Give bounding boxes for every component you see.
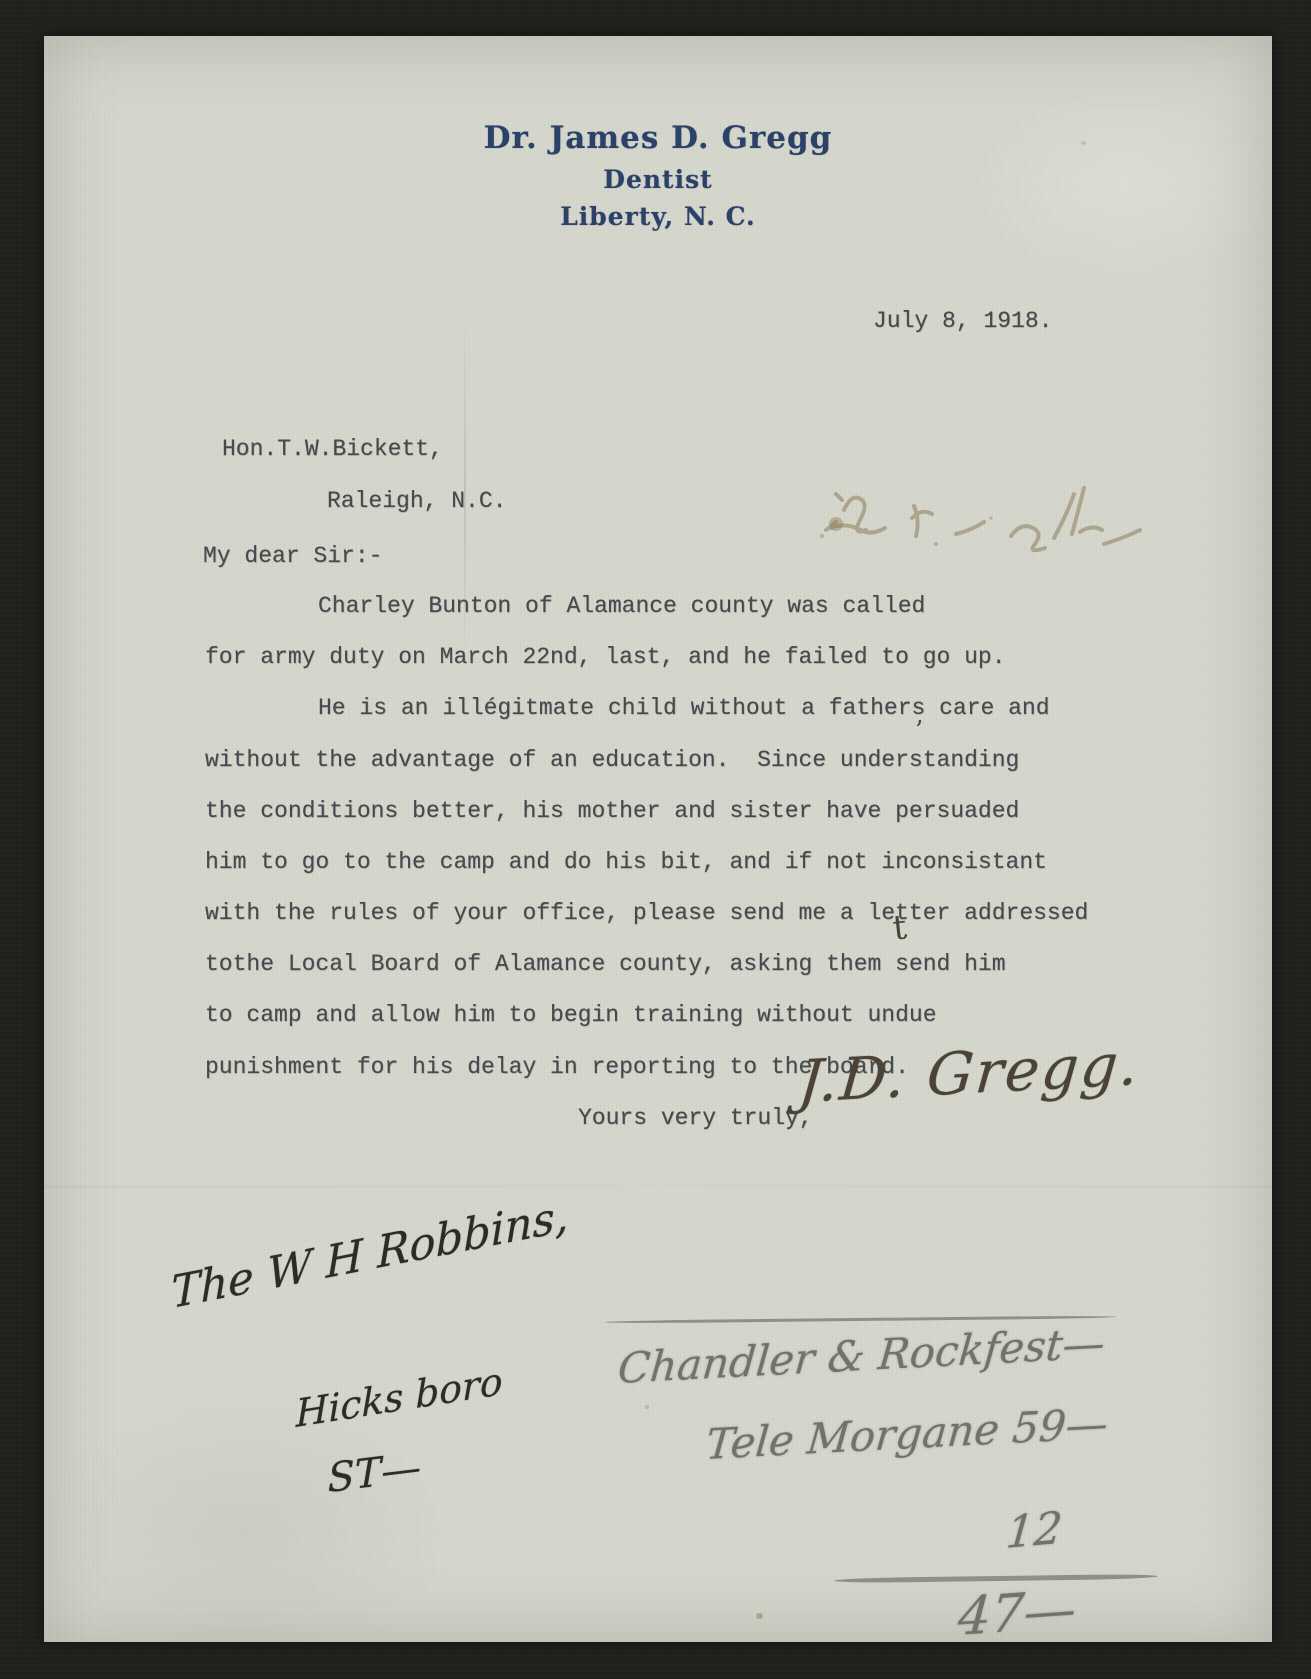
body-line: to camp and allow him to begin training … [205, 1002, 937, 1028]
pencil-note-line4: 47— [956, 1579, 1078, 1648]
pencil-note-line1: Chandler & Rockfest— [616, 1318, 1107, 1393]
body-line: without the advantage of an education. S… [205, 747, 1019, 773]
letter-page: Dr. James D. Gregg Dentist Liberty, N. C… [44, 36, 1272, 1642]
signature-jd-gregg: J.D. Gregg. [796, 1030, 1143, 1116]
pen-note-line2: Hicks boro [295, 1359, 503, 1436]
body-line: with the rules of your office, please se… [205, 900, 1088, 926]
rust-speck [645, 1405, 649, 1409]
pen-note-line1: The W H Robbins, [171, 1190, 569, 1319]
salutation: My dear Sir:- [203, 543, 382, 569]
body-line: him to go to the camp and do his bit, an… [205, 849, 1047, 875]
pencil-note-line3: 12 [1004, 1503, 1064, 1559]
body-line: for army duty on March 22nd, last, and h… [205, 644, 1006, 670]
pencil-rule-sum [834, 1574, 1158, 1584]
body-line: Charley Bunton of Alamance county was ca… [318, 593, 925, 619]
closing-line: Yours very truly, [578, 1105, 813, 1131]
pen-note-line3: ST— [327, 1444, 421, 1502]
date-line: July 8, 1918. [873, 308, 1052, 334]
letterhead-location: Liberty, N. C. [44, 202, 1272, 231]
recipient-name: Hon.T.W.Bickett, [222, 436, 443, 462]
body-line: tothe Local Board of Alamance county, as… [205, 951, 1006, 977]
letterhead-title: Dentist [44, 165, 1272, 194]
stray-typed-mark: ’ [915, 716, 923, 746]
recipient-city: Raleigh, N.C. [327, 488, 506, 514]
rust-speck [756, 1613, 763, 1619]
pencil-note-line2: Tele Morgane 59— [704, 1399, 1110, 1469]
horizontal-fold-crease [44, 1185, 1272, 1188]
faded-ink-handwriting [786, 448, 1156, 568]
letterhead-name: Dr. James D. Gregg [44, 120, 1272, 156]
scan-background: Dr. James D. Gregg Dentist Liberty, N. C… [0, 0, 1311, 1679]
body-line: the conditions better, his mother and si… [205, 798, 1019, 824]
body-line: He is an illégitmate child without a fat… [318, 695, 1050, 721]
